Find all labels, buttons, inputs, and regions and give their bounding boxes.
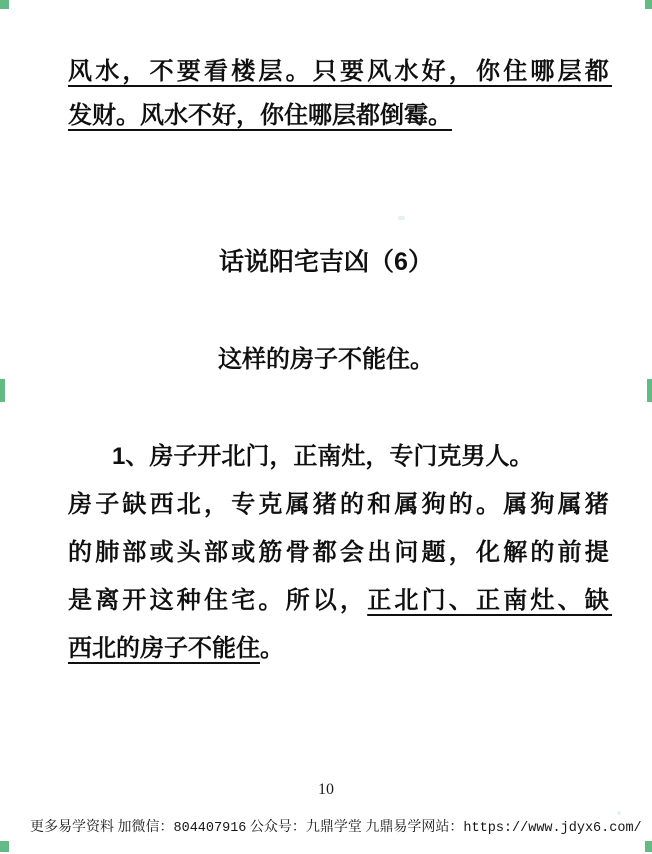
footer-resources-label: 更多易学资料 加微信： (30, 820, 174, 835)
scan-artifact (617, 811, 621, 815)
selection-handle-top-left[interactable] (0, 0, 9, 9)
intro-line-2: 发财。风水不好，你住哪层都倒霉。 (68, 104, 452, 128)
footer-official-account-label: 公众号：九鼎学堂 九鼎易学网站： (246, 820, 463, 835)
selection-handle-top-right[interactable] (645, 0, 652, 9)
paragraph-line: 1、房子开北门，正南灶，专门克男人。 (68, 445, 533, 469)
intro-line-1: 风水，不要看楼层。只要风水好，你住哪层都 (68, 60, 612, 84)
document-page: 风水，不要看楼层。只要风水好，你住哪层都 发财。风水不好，你住哪层都倒霉。 话说… (0, 0, 652, 854)
paragraph-line: 房子缺西北，专克属猪的和属狗的。属狗属猪 (68, 493, 612, 517)
paragraph-line5-underlined: 西北的房子不能住 (68, 635, 260, 662)
footer-wechat-id: 804407916 (174, 821, 247, 836)
paragraph-line: 是离开这种住宅。所以，正北门、正南灶、缺 (68, 589, 612, 613)
paragraph-line4-plain: 是离开这种住宅。所以， (68, 587, 367, 614)
page-number: 10 (0, 782, 652, 798)
scan-artifact (398, 216, 405, 220)
footer-site-url[interactable]: https://www.jdyx6.com/ (463, 821, 641, 836)
page-footer: 更多易学资料 加微信：804407916 公众号：九鼎学堂 九鼎易学网站：htt… (30, 820, 642, 837)
selection-handle-bottom-left[interactable] (0, 841, 9, 852)
paragraph-line: 西北的房子不能住。 (68, 637, 284, 661)
selection-handle-bottom-right[interactable] (645, 841, 652, 852)
section-subtitle: 这样的房子不能住。 (0, 348, 652, 372)
paragraph-line: 的肺部或头部或筋骨都会出问题，化解的前提 (68, 541, 612, 565)
paragraph-line4-underlined: 正北门、正南灶、缺 (367, 587, 612, 614)
selection-handle-middle-left[interactable] (0, 379, 5, 402)
section-title: 话说阳宅吉凶（6） (0, 250, 652, 275)
paragraph-line5-plain: 。 (260, 635, 284, 662)
selection-handle-middle-right[interactable] (647, 379, 652, 402)
